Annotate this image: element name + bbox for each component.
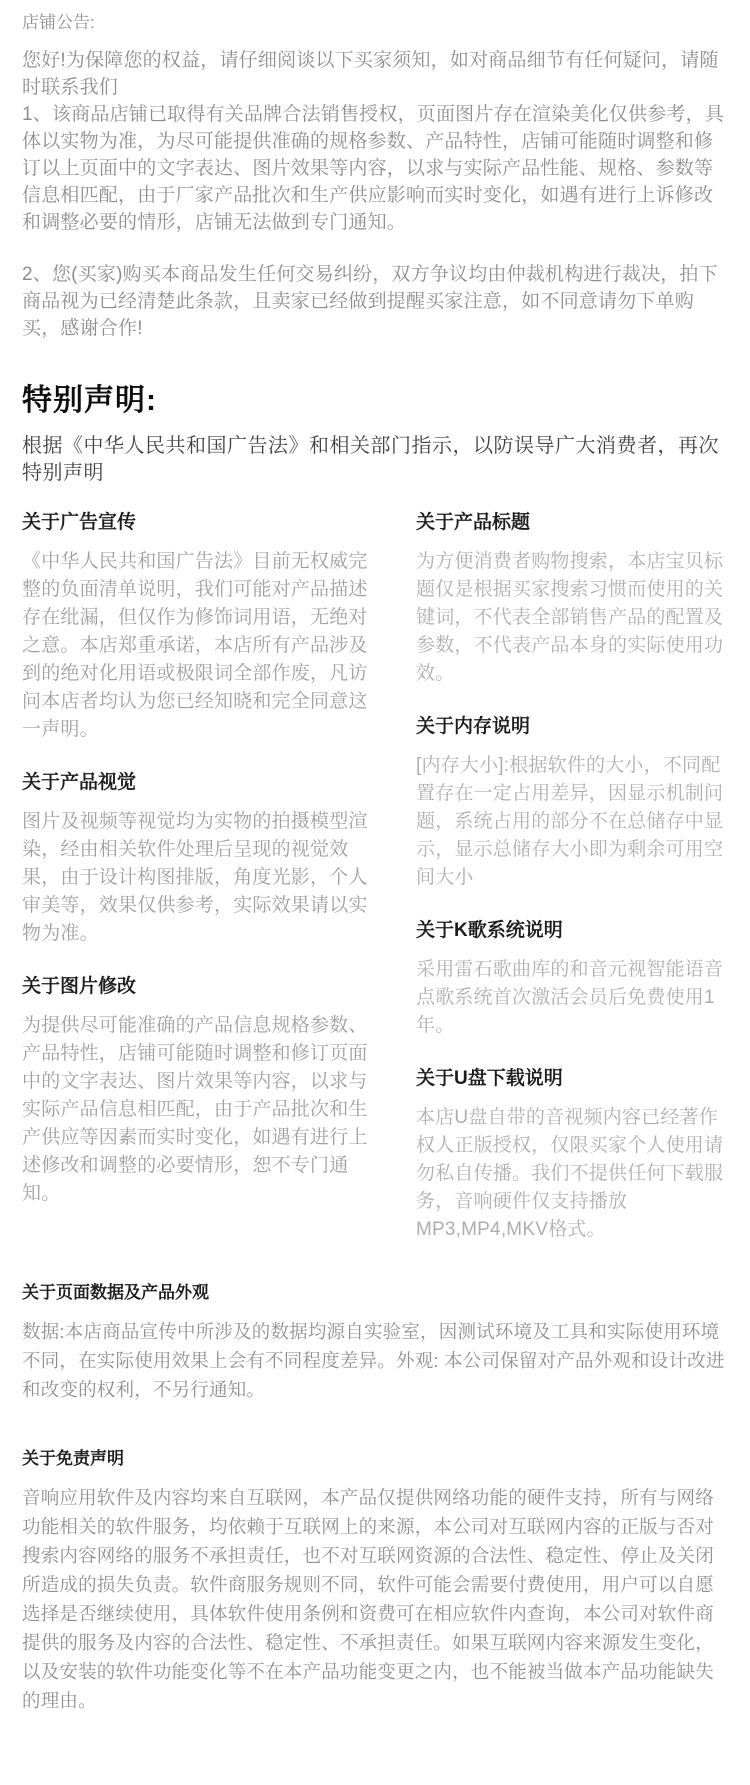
section-heading: 关于K歌系统说明 bbox=[416, 919, 728, 943]
section-heading: 关于图片修改 bbox=[22, 975, 380, 999]
section-usb-download: 关于U盘下载说明 本店U盘自带的音视频内容已经著作权人正版授权，仅限买家个人使用… bbox=[416, 1067, 728, 1244]
section-heading: 关于免责声明 bbox=[22, 1448, 728, 1470]
section-heading: 关于U盘下载说明 bbox=[416, 1067, 728, 1091]
section-body: 《中华人民共和国广告法》目前无权威完整的负面清单说明，我们可能对产品描述存在纰漏… bbox=[22, 548, 380, 744]
section-body: 本店U盘自带的音视频内容已经著作权人正版授权，仅限买家个人使用请勿私自传播。我们… bbox=[416, 1104, 728, 1244]
shop-announcement-paragraph: 2、您(买家)购买本商品发生任何交易纠纷，双方争议均由仲裁机构进行裁决，拍下商品… bbox=[22, 261, 728, 342]
special-statement-section: 特别声明: 根据《中华人民共和国广告法》和相关部门指示，以防误导广大消费者，再次… bbox=[22, 384, 728, 487]
section-body: 采用雷石歌曲库的和音元视智能语音点歌系统首次激活会员后免费使用1年。 bbox=[416, 956, 728, 1040]
section-heading: 关于内存说明 bbox=[416, 715, 728, 739]
shop-announcement-paragraph: 1、该商品店铺已取得有关品牌合法销售授权，页面图片存在渲染美化仅供参考，具体以实… bbox=[22, 101, 728, 236]
statement-columns: 关于广告宣传 《中华人民共和国广告法》目前无权威完整的负面清单说明，我们可能对产… bbox=[22, 511, 728, 1244]
statement-column-left: 关于广告宣传 《中华人民共和国广告法》目前无权威完整的负面清单说明，我们可能对产… bbox=[22, 511, 380, 1244]
section-heading: 关于广告宣传 bbox=[22, 511, 380, 535]
section-ad-promotion: 关于广告宣传 《中华人民共和国广告法》目前无权威完整的负面清单说明，我们可能对产… bbox=[22, 511, 380, 744]
section-body: 图片及视频等视觉均为实物的拍摄模型渲染，经由相关软件处理后呈现的视觉效果，由于设… bbox=[22, 808, 380, 948]
special-statement-intro: 根据《中华人民共和国广告法》和相关部门指示，以防误导广大消费者，再次特别声明 bbox=[22, 433, 728, 487]
section-body: [内存大小]:根据软件的大小，不同配置存在一定占用差异，因显示机制问题，系统占用… bbox=[416, 752, 728, 892]
shop-announcement-title: 店铺公告: bbox=[22, 12, 728, 34]
section-image-modification: 关于图片修改 为提供尽可能准确的产品信息规格参数、产品特性，店铺可能随时调整和修… bbox=[22, 975, 380, 1208]
special-statement-title: 特别声明: bbox=[22, 384, 728, 418]
section-body: 音响应用软件及内容均来自互联网，本产品仅提供网络功能的硬件支持，所有与网络功能相… bbox=[22, 1483, 728, 1715]
shop-disclaimer-page: 店铺公告: 您好!为保障您的权益，请仔细阅谈以下买家须知，如对商品细节有任何疑问… bbox=[0, 0, 750, 1785]
section-product-visuals: 关于产品视觉 图片及视频等视觉均为实物的拍摄模型渲染，经由相关软件处理后呈现的视… bbox=[22, 771, 380, 948]
section-liability-disclaimer: 关于免责声明 音响应用软件及内容均来自互联网，本产品仅提供网络功能的硬件支持，所… bbox=[22, 1448, 728, 1715]
section-body: 数据:本店商品宣传中所涉及的数据均源自实验室，因测试环境及工具和实际使用环境不同… bbox=[22, 1317, 728, 1404]
section-product-title: 关于产品标题 为方便消费者购物搜索，本店宝贝标题仅是根据买家搜索习惯而使用的关键… bbox=[416, 511, 728, 688]
section-body: 为方便消费者购物搜索，本店宝贝标题仅是根据买家搜索习惯而使用的关键词，不代表全部… bbox=[416, 548, 728, 688]
section-heading: 关于产品视觉 bbox=[22, 771, 380, 795]
section-karaoke-system: 关于K歌系统说明 采用雷石歌曲库的和音元视智能语音点歌系统首次激活会员后免费使用… bbox=[416, 919, 728, 1040]
statement-column-right: 关于产品标题 为方便消费者购物搜索，本店宝贝标题仅是根据买家搜索习惯而使用的关键… bbox=[416, 511, 728, 1244]
shop-announcement-paragraph: 您好!为保障您的权益，请仔细阅谈以下买家须知，如对商品细节有任何疑问，请随时联系… bbox=[22, 47, 728, 101]
section-heading: 关于页面数据及产品外观 bbox=[22, 1282, 728, 1304]
section-heading: 关于产品标题 bbox=[416, 511, 728, 535]
section-page-data-appearance: 关于页面数据及产品外观 数据:本店商品宣传中所涉及的数据均源自实验室，因测试环境… bbox=[22, 1282, 728, 1404]
section-memory-note: 关于内存说明 [内存大小]:根据软件的大小，不同配置存在一定占用差异，因显示机制… bbox=[416, 715, 728, 892]
section-body: 为提供尽可能准确的产品信息规格参数、产品特性，店铺可能随时调整和修订页面中的文字… bbox=[22, 1012, 380, 1208]
shop-announcement-section: 店铺公告: 您好!为保障您的权益，请仔细阅谈以下买家须知，如对商品细节有任何疑问… bbox=[22, 12, 728, 342]
